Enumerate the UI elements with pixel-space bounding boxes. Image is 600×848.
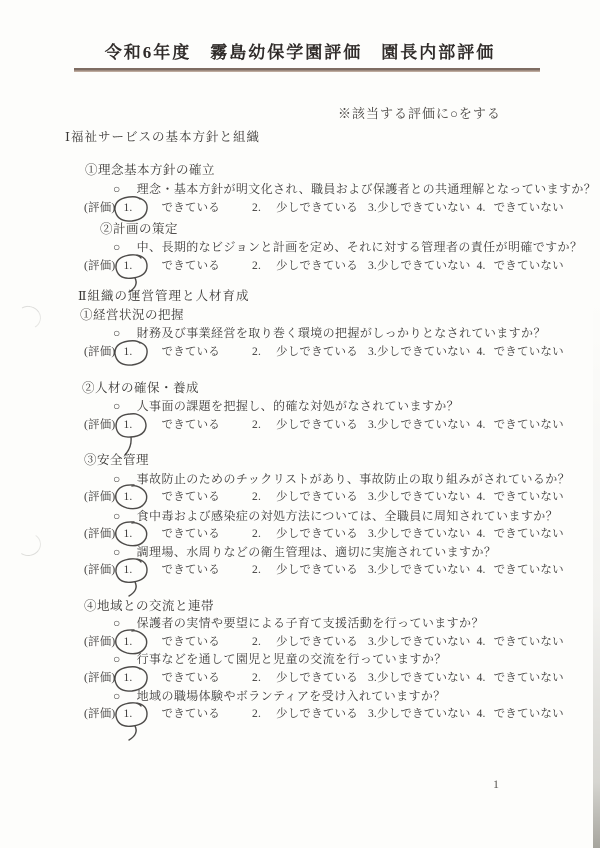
rating-option-2-label: 少しできている [276,343,358,359]
rating-option-4-number: 4. [477,672,486,684]
rating-option-2-label: 少しできている [276,257,358,273]
rating-prefix: (評価) [84,633,115,649]
rating-option-1: 1. [123,564,132,576]
question-8: ○保護者の実情や要望による子育て支援活動を行っていますか？ [113,614,484,631]
rating-row-8: (評価)1.できている2.少しできている3.少しできていない4.できていない [84,633,564,649]
rating-option-4-label: できていない [494,669,564,685]
hole-punch-mark [14,531,43,558]
rating-option-1-number: 1. [123,260,132,272]
rating-prefix: (評価) [84,416,115,432]
rating-option-4-number: 4. [477,564,486,576]
subsection-2-2-heading: ②人材の確保・養成 [82,378,199,396]
scanned-evaluation-form: 令和6年度 霧島幼保学園評価 園長内部評価 ※該当する評価に○をする Ⅰ福祉サー… [0,0,600,848]
rating-option-1: 1. [123,346,132,358]
subsection-1-2-heading: ②計画の策定 [100,219,178,237]
rating-option-4-label: できていない [494,561,564,577]
question-text: 中、長期的なビジョンと計画を定め、それに対する管理者の責任が明確ですか？ [137,240,583,254]
subsection-2-3-heading: ③安全管理 [84,450,149,468]
question-text: 財務及び事業経営を取り巻く環境の把握がしっかりとなされていますか？ [137,326,546,340]
rating-option-2-number: 2. [252,202,261,214]
rating-option-3: 3.少しできていない [368,633,471,649]
rating-option-3: 3.少しできていない [368,257,471,273]
rating-prefix: (評価) [84,343,115,359]
rating-row-6: (評価)1.できている2.少しできている3.少しできていない4.できていない [84,525,564,541]
handwritten-circle-icon [109,555,155,601]
rating-option-3: 3.少しできていない [368,199,471,215]
rating-prefix: (評価) [84,488,115,504]
rating-option-1-number: 1. [123,636,132,648]
hole-punch-mark [14,303,44,331]
rating-option-4-label: できていない [494,257,564,273]
rating-option-3: 3.少しできていない [368,705,471,721]
rating-option-1-number: 1. [123,419,132,431]
rating-option-2-number: 2. [252,491,261,503]
rating-option-2-number: 2. [252,564,261,576]
question-bullet-icon: ○ [113,326,121,341]
question-bullet-icon: ○ [113,472,121,487]
rating-option-1: 1. [123,672,132,684]
rating-option-1: 1. [123,491,132,503]
rating-option-1-label: できている [162,633,221,649]
rating-option-1-label: できている [162,416,221,432]
rating-row-5: (評価)1.できている2.少しできている3.少しできていない4.できていない [84,488,564,504]
question-bullet-icon: ○ [113,652,121,667]
question-text: 事故防止のためのチックリストがあり、事故防止の取り組みがされているか？ [137,472,570,486]
rating-option-4-number: 4. [477,708,486,720]
rating-option-1-label: できている [162,199,221,215]
rating-option-2-label: 少しできている [276,199,358,215]
rating-prefix: (評価) [84,669,115,685]
rating-option-4-number: 4. [477,636,486,648]
rating-option-1: 1. [123,202,132,214]
rating-option-2-number: 2. [252,672,261,684]
rating-row-9: (評価)1.できている2.少しできている3.少しできていない4.できていない [84,669,564,685]
rating-option-2-label: 少しできている [276,561,358,577]
rating-option-4-label: できていない [494,705,564,721]
rating-option-2-number: 2. [252,260,261,272]
rating-option-1-label: できている [162,257,221,273]
question-text: 保護者の実情や要望による子育て支援活動を行っていますか？ [137,616,484,630]
question-text: 人事面の課題を把握し、的確な対処がなされていますか？ [137,399,459,413]
rating-option-1: 1. [123,708,132,720]
rating-option-2-label: 少しできている [276,633,358,649]
rating-option-3: 3.少しできていない [368,561,471,577]
rating-option-1: 1. [123,260,132,272]
section-1-heading: Ⅰ福祉サービスの基本方針と組織 [65,127,260,145]
question-3: ○財務及び事業経営を取り巻く環境の把握がしっかりとなされていますか？ [113,324,546,341]
rating-row-10: (評価)1.できている2.少しできている3.少しできていない4.できていない [84,705,564,721]
question-4: ○人事面の課題を把握し、的確な対処がなされていますか？ [113,397,459,414]
rating-option-3: 3.少しできていない [368,488,471,504]
question-7: ○調理場、水周りなどの衛生管理は、適切に実施されていますか？ [113,543,496,560]
rating-option-1: 1. [123,636,132,648]
handwritten-circle-icon [109,337,155,383]
rating-option-4-number: 4. [477,202,486,214]
rating-option-1-number: 1. [123,528,132,540]
rating-prefix: (評価) [84,525,115,541]
rating-option-2-label: 少しできている [276,488,358,504]
rating-option-1-number: 1. [123,202,132,214]
question-bullet-icon: ○ [113,689,121,704]
rating-option-1-number: 1. [123,491,132,503]
rating-option-2-label: 少しできている [276,416,358,432]
rating-option-2-number: 2. [252,636,261,648]
document-title: 令和6年度 霧島幼保学園評価 園長内部評価 [0,38,600,63]
rating-row-3: (評価)1.できている2.少しできている3.少しできていない4.できていない [84,343,564,359]
subsection-2-4-heading: ④地域との交流と連帯 [84,596,214,614]
section-2-heading: Ⅱ組織の運営管理と人材育成 [78,286,250,304]
rating-option-4-number: 4. [477,491,486,503]
title-underline [74,68,540,72]
rating-option-4-number: 4. [477,528,486,540]
rating-option-2-label: 少しできている [276,705,358,721]
question-10: ○地域の職場体験やボランティアを受け入れていますか？ [113,687,446,704]
rating-option-4-label: できていない [494,199,564,215]
question-text: 調理場、水周りなどの衛生管理は、適切に実施されていますか？ [137,545,497,559]
rating-option-4-number: 4. [477,346,486,358]
question-bullet-icon: ○ [113,399,121,414]
page-number: 1 [493,777,499,792]
question-text: 食中毒および感染症の対処方法については、全職員に周知されていますか？ [137,509,558,523]
question-bullet-icon: ○ [113,509,121,524]
rating-option-2-number: 2. [252,528,261,540]
question-bullet-icon: ○ [113,240,121,255]
question-2: ○中、長期的なビジョンと計画を定め、それに対する管理者の責任が明確ですか？ [113,238,582,255]
rating-option-1-label: できている [162,525,221,541]
rating-option-4-label: できていない [494,488,564,504]
rating-option-1-number: 1. [123,346,132,358]
rating-option-3: 3.少しできていない [368,525,471,541]
rating-option-2-number: 2. [252,346,261,358]
question-bullet-icon: ○ [113,182,121,197]
rating-option-3: 3.少しできていない [368,669,471,685]
question-bullet-icon: ○ [113,616,121,631]
rating-prefix: (評価) [84,561,115,577]
rating-option-1-label: できている [162,343,221,359]
rating-prefix: (評価) [84,199,115,215]
rating-option-4-label: できていない [494,416,564,432]
rating-option-4-number: 4. [477,419,486,431]
rating-option-2-label: 少しできている [276,525,358,541]
question-bullet-icon: ○ [113,545,121,560]
scan-edge-shadow [593,300,600,848]
rating-row-2: (評価)1.できている2.少しできている3.少しできていない4.できていない [84,257,564,273]
rating-option-3: 3.少しできていない [368,343,471,359]
subsection-1-1-heading: ①理念基本方針の確立 [85,160,215,178]
rating-option-4-label: できていない [494,525,564,541]
question-5: ○事故防止のためのチックリストがあり、事故防止の取り組みがされているか？ [113,470,570,487]
subsection-2-1-heading: ①経営状況の把握 [80,305,184,323]
rating-option-1: 1. [123,528,132,540]
rating-option-4-label: できていない [494,633,564,649]
question-text: 地域の職場体験やボランティアを受け入れていますか？ [137,689,446,703]
rating-option-4-label: できていない [494,343,564,359]
question-6: ○食中毒および感染症の対処方法については、全職員に周知されていますか？ [113,507,558,524]
question-1: ○理念・基本方針が明文化され、職員および保護者との共通理解となっていますか？ [113,180,596,197]
rating-option-2-number: 2. [252,419,261,431]
rating-prefix: (評価) [84,705,115,721]
question-text: 理念・基本方針が明文化され、職員および保護者との共通理解となっていますか？ [137,182,597,196]
rating-option-1-label: できている [162,561,221,577]
rating-option-1-label: できている [162,488,221,504]
instruction-note: ※該当する評価に○をする [338,103,501,122]
handwritten-circle-icon [109,699,155,745]
rating-option-1: 1. [123,419,132,431]
question-text: 行事などを通して園児と児童の交流を行っていますか？ [137,652,447,666]
rating-row-4: (評価)1.できている2.少しできている3.少しできていない4.できていない [84,416,564,432]
rating-option-2-number: 2. [252,708,261,720]
rating-option-2-label: 少しできている [276,669,358,685]
rating-option-3: 3.少しできていない [368,416,471,432]
rating-option-1-label: できている [162,669,221,685]
rating-option-1-label: できている [162,705,221,721]
rating-row-1: (評価)1.できている2.少しできている3.少しできていない4.できていない [84,199,564,215]
rating-option-1-number: 1. [123,672,132,684]
rating-option-4-number: 4. [477,260,486,272]
rating-prefix: (評価) [84,257,115,273]
rating-option-1-number: 1. [123,708,132,720]
rating-option-1-number: 1. [123,564,132,576]
rating-row-7: (評価)1.できている2.少しできている3.少しできていない4.できていない [84,561,564,577]
question-9: ○行事などを通して園児と児童の交流を行っていますか？ [113,650,447,667]
